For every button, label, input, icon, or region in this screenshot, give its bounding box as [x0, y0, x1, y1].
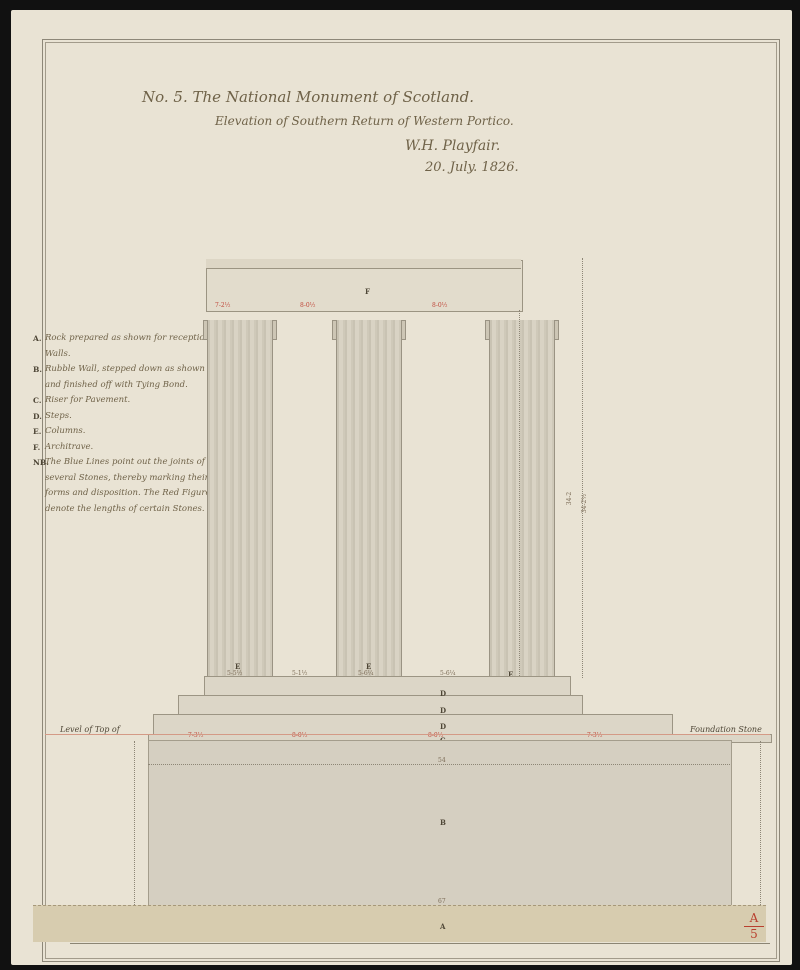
legend-item: E.Columns.: [33, 424, 223, 440]
legend-item: F.Architrave.: [33, 440, 223, 456]
scale-bar: [70, 943, 770, 944]
drawing-subtitle: Elevation of Southern Return of Western …: [215, 114, 514, 128]
column-left: [207, 320, 273, 676]
legend-item: A.Rock prepared as shown for reception o…: [33, 331, 223, 362]
column-middle: [336, 320, 402, 676]
level-label-right: Foundation Stone: [690, 725, 762, 734]
wall-height-line-right: [760, 741, 761, 905]
step-top-label: D: [440, 689, 446, 698]
step-bottom-label: D: [440, 722, 446, 731]
legend-item: NB.The Blue Lines point out the joints o…: [33, 455, 223, 517]
legend-item: C.Riser for Pavement.: [33, 393, 223, 409]
drawing-title: No. 5. The National Monument of Scotland…: [142, 88, 474, 106]
foundation-level-line: [45, 734, 770, 735]
height-dimension-line: [582, 258, 583, 678]
legend: A.Rock prepared as shown for reception o…: [33, 331, 223, 517]
cornice: [206, 259, 521, 269]
step-middle-label: D: [440, 706, 446, 715]
legend-item: D.Steps.: [33, 409, 223, 425]
drawing-date: 20. July. 1826.: [425, 160, 519, 175]
rock-foundation: [33, 905, 766, 942]
step-top: [204, 676, 571, 697]
architect-signature: W.H. Playfair.: [405, 138, 500, 154]
legend-item: B.Rubble Wall, stepped down as shown and…: [33, 362, 223, 393]
level-label-left: Level of Top of: [60, 725, 120, 734]
architrave-label: F: [365, 287, 370, 296]
wall-dimension-line: [148, 764, 730, 765]
wall-height-line: [134, 741, 135, 905]
wall-label: B: [440, 818, 446, 827]
rock-label: A: [440, 922, 445, 931]
column-right: [489, 320, 555, 676]
step-middle: [178, 695, 583, 716]
plate-number: A 5: [744, 912, 764, 941]
